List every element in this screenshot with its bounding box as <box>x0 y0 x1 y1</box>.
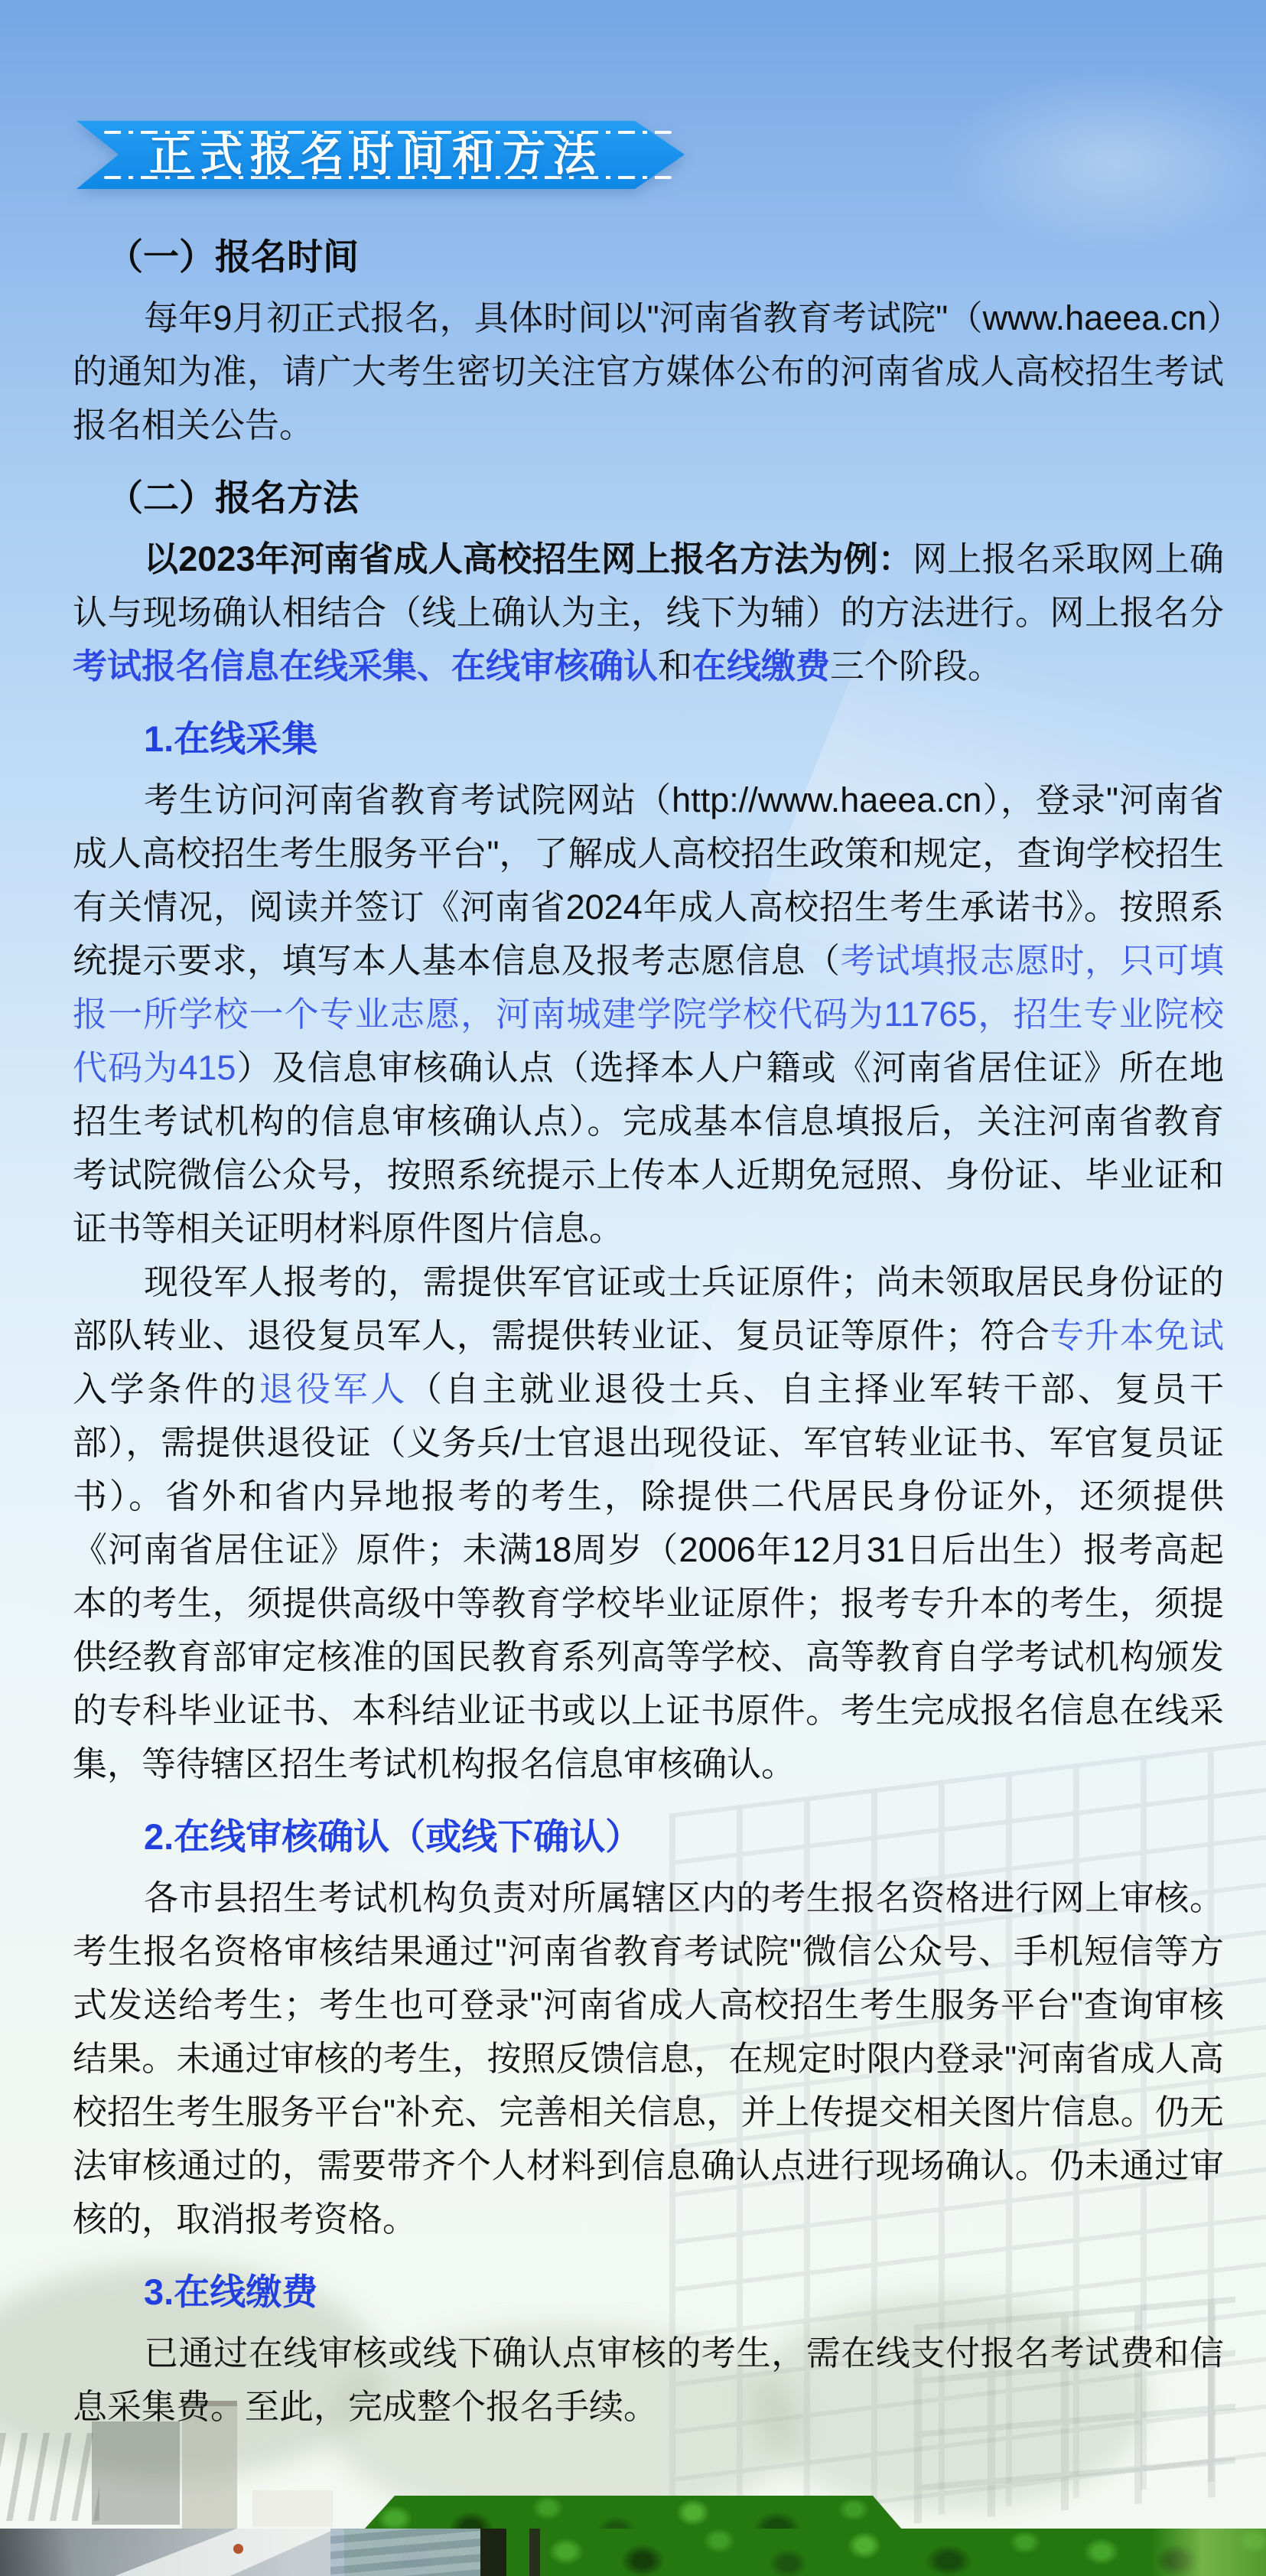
text-segment: 专升本免试 <box>1050 1316 1224 1355</box>
body-paragraph: 各市县招生考试机构负责对所属辖区内的考生报名资格进行网上审核。考生报名资格审核结… <box>73 1871 1224 2246</box>
section-heading: 1.在线采集 <box>144 721 1224 757</box>
tree-trunk <box>529 2529 540 2576</box>
section-heading: 2.在线审核确认（或线下确认） <box>144 1819 1224 1855</box>
tree-trunk <box>480 2529 506 2576</box>
body-paragraph: 已通过在线审核或线下确认点审核的考生，需在线支付报名考试费和信息采集费。至此，完… <box>73 2327 1224 2434</box>
text-segment: 退役军人 <box>259 1369 408 1408</box>
banner-title: 正式报名时间和方法 <box>149 121 604 189</box>
light-foliage <box>1151 2529 1266 2576</box>
text-segment: 每年9月初正式报名，具体时间以"河南省教育考试院"（www.haeea.cn）的… <box>73 298 1224 445</box>
body-paragraph: 以2023年河南省成人高校招生网上报名方法为例：网上报名采取网上确认与现场确认相… <box>73 532 1224 693</box>
text-segment: 以2023年河南省成人高校招生网上报名方法为例： <box>144 539 913 578</box>
body-paragraph: 现役军人报考的，需提供军官证或士兵证原件；尚未领取居民身份证的部队转业、退役复员… <box>73 1255 1224 1791</box>
body-paragraph: 每年9月初正式报名，具体时间以"河南省教育考试院"（www.haeea.cn）的… <box>73 291 1224 452</box>
section-heading: 3.在线缴费 <box>144 2274 1224 2310</box>
treetop-shape <box>364 2496 902 2529</box>
text-segment: 三个阶段。 <box>830 646 1002 686</box>
campus-photo-strip <box>0 2529 1266 2576</box>
poster-page: 正式报名时间和方法 （一）报名时间每年9月初正式报名，具体时间以"河南省教育考试… <box>0 0 1266 2576</box>
small-object <box>233 2544 243 2554</box>
text-segment: 已通过在线审核或线下确认点审核的考生，需在线支付报名考试费和信息采集费。至此，完… <box>73 2333 1224 2426</box>
road-shadow <box>0 2529 99 2576</box>
section-heading: （一）报名时间 <box>107 239 1224 275</box>
text-segment: ）及信息审核确认点（选择本人户籍或《河南省居住证》所在地招生考试机构的信息审核确… <box>73 1048 1224 1248</box>
content-blocks: （一）报名时间每年9月初正式报名，具体时间以"河南省教育考试院"（www.hae… <box>73 234 1224 2434</box>
title-banner: 正式报名时间和方法 <box>76 121 685 189</box>
body-paragraph: 考生访问河南省教育考试院网站（http://www.haeea.cn），登录"河… <box>73 773 1224 1255</box>
text-segment: 各市县招生考试机构负责对所属辖区内的考生报名资格进行网上审核。考生报名资格审核结… <box>73 1878 1224 2239</box>
steps-area <box>330 2529 493 2576</box>
text-segment: （自主就业退役士兵、自主择业军转干部、复员干部），需提供退役证（义务兵/士官退出… <box>73 1369 1224 1783</box>
text-segment: 考试报名信息在线采集、在线审核确认 <box>73 646 658 686</box>
section-heading: （二）报名方法 <box>107 480 1224 516</box>
text-segment: 在线缴费 <box>692 646 830 686</box>
text-segment: 入学条件的 <box>73 1369 259 1408</box>
text-segment: 和 <box>658 646 692 686</box>
